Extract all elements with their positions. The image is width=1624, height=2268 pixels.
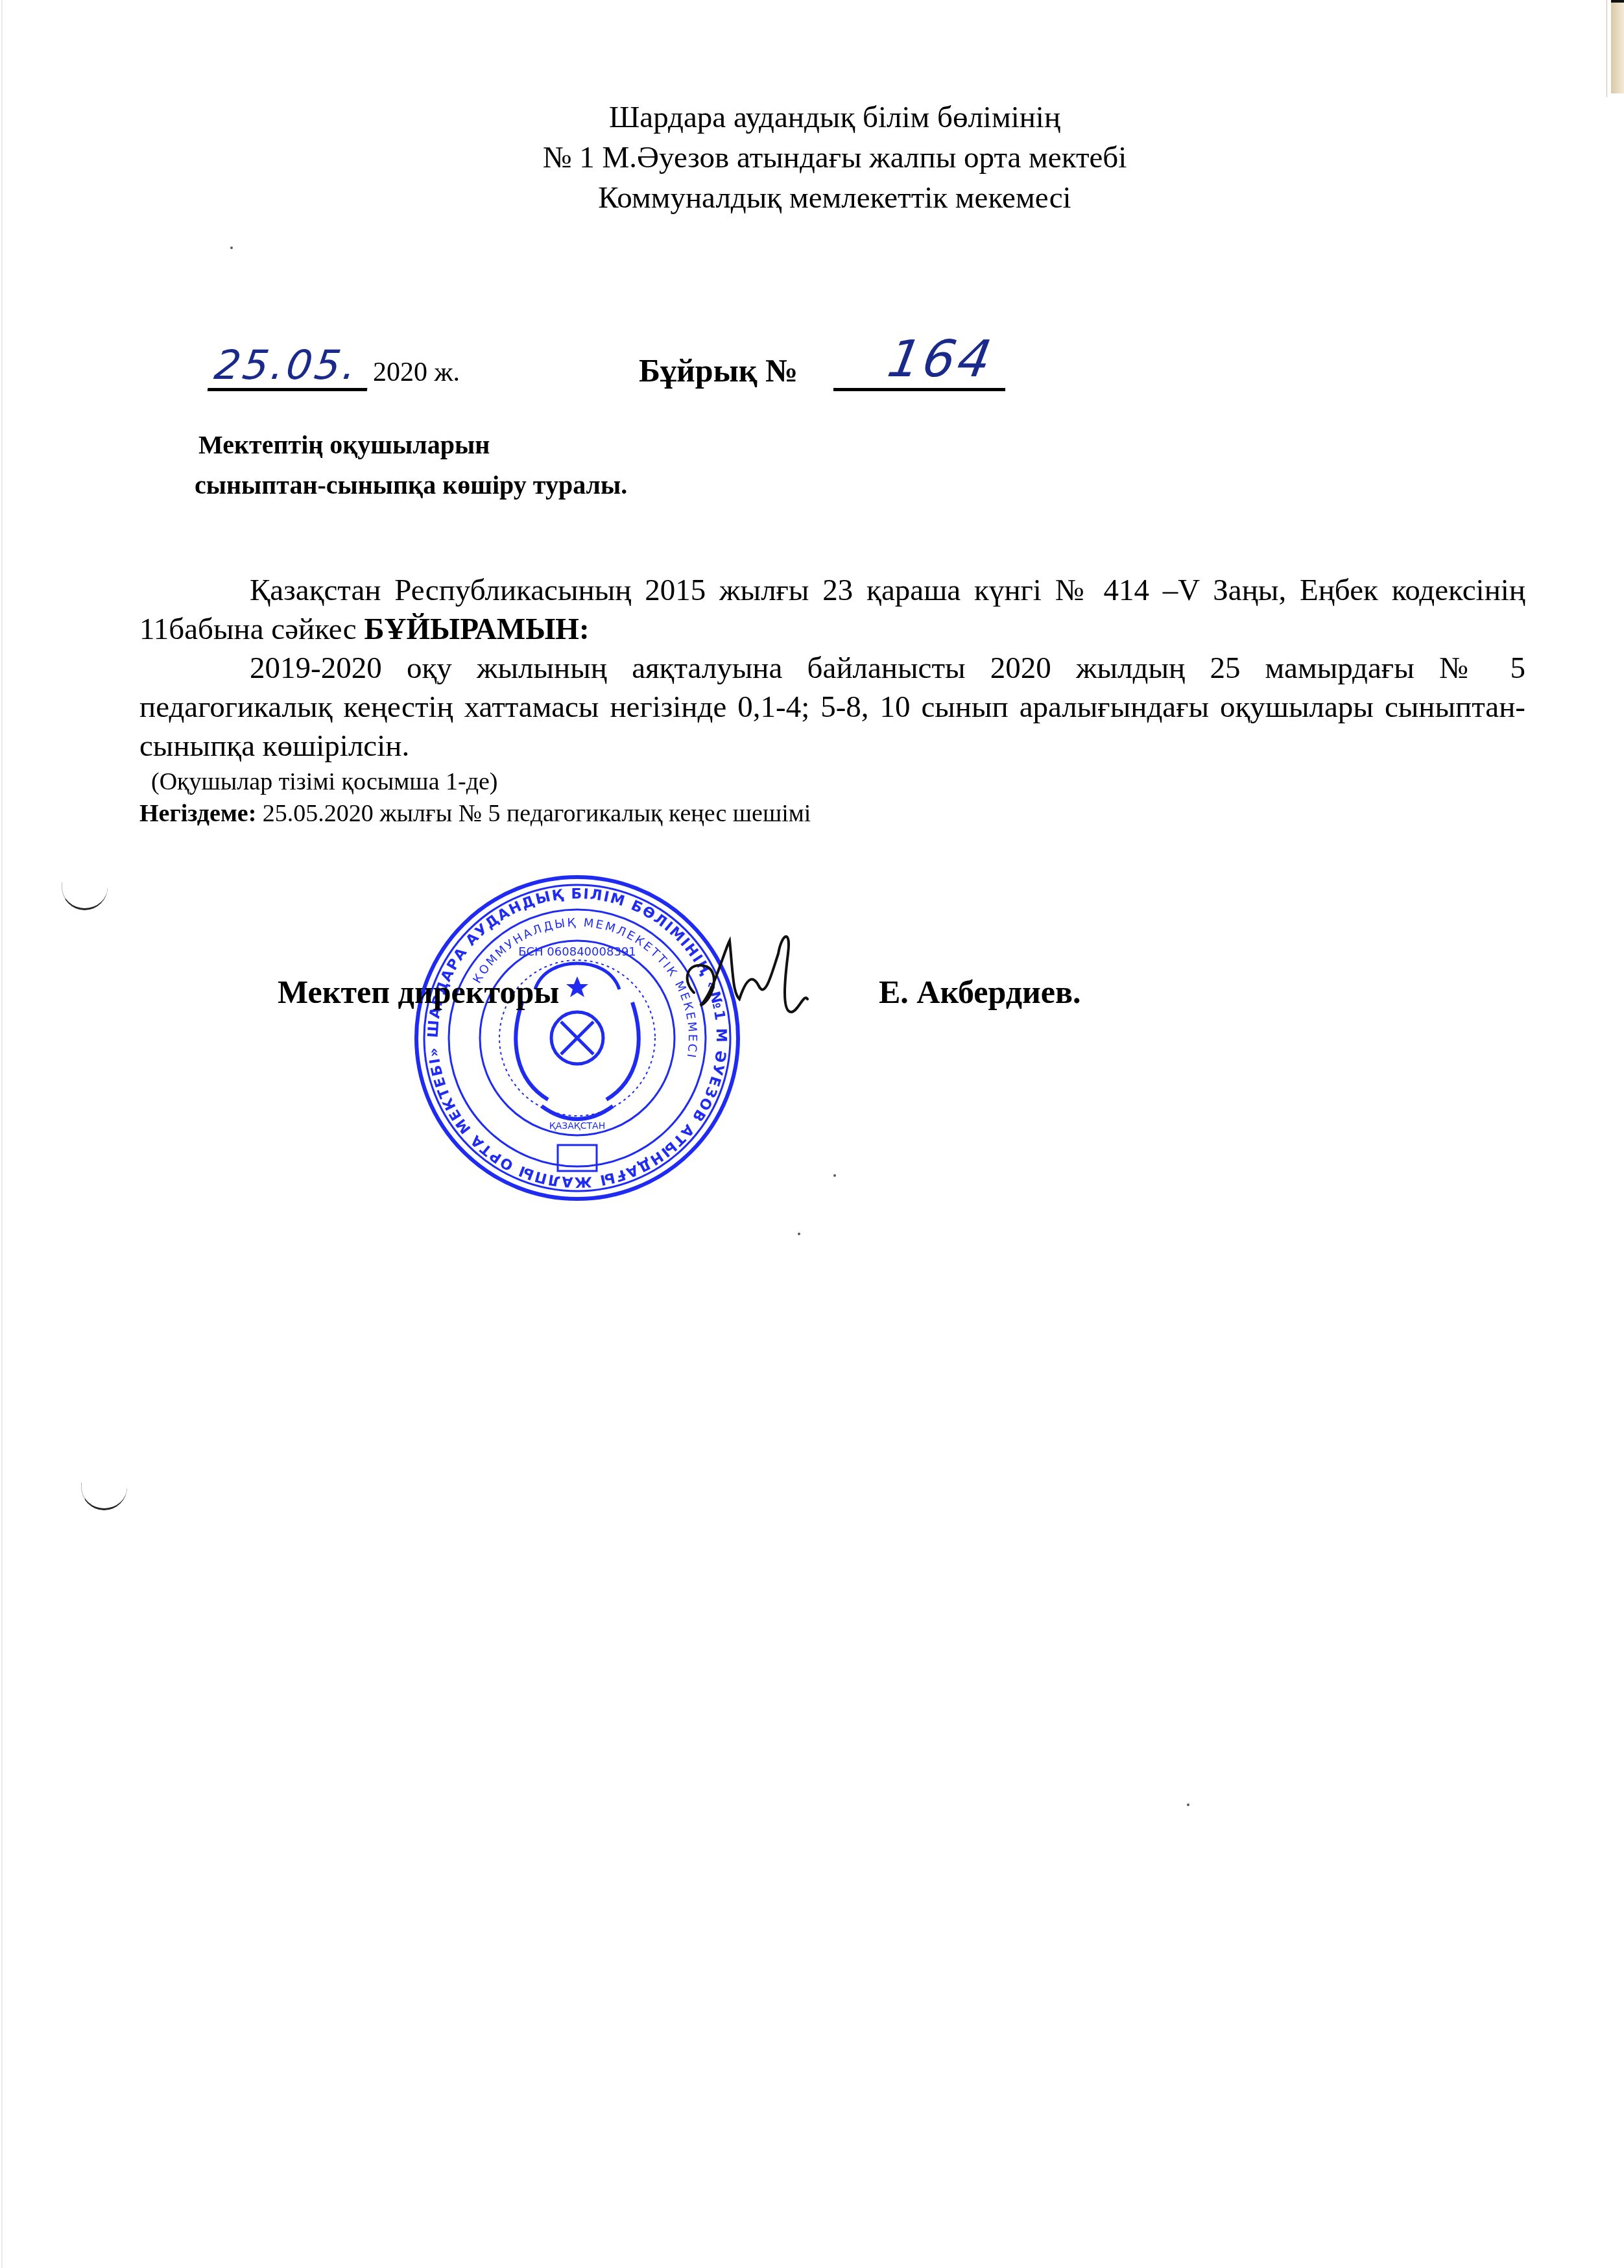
signatory-name: Е. Акбердиев. <box>879 973 1081 1011</box>
transfer-paragraph: 2019-2020 оқу жылының аяқталуына байланы… <box>139 649 1525 766</box>
handwritten-date: 25.05. <box>208 343 374 391</box>
scan-speck <box>1187 1804 1189 1806</box>
organization-header: Шардара аудандық білім бөлімінің № 1 М.Ә… <box>0 97 1624 218</box>
scan-speck <box>833 1174 836 1177</box>
scan-edge-corner <box>1611 0 1624 93</box>
scan-speck <box>230 247 233 249</box>
order-meta-row: 25.05. 2020 ж. Бұйрық № 164 <box>0 337 1624 396</box>
order-directive: БҰЙЫРАМЫН: <box>364 612 589 646</box>
header-line-3: Коммуналдық мемлекеттік мекемесі <box>45 178 1624 218</box>
subject-line-1: Мектептің оқушыларын <box>195 425 627 465</box>
order-year: 2020 ж. <box>373 357 460 388</box>
order-label: Бұйрық № <box>639 352 798 389</box>
scan-edge-line <box>1606 0 1607 97</box>
stamp-emblem-caption: ҚАЗАҚСТАН <box>549 1121 605 1131</box>
legal-basis-text: Қазақстан Республикасының 2015 жылғы 23 … <box>139 573 1525 646</box>
header-line-1: Шардара аудандық білім бөлімінің <box>45 97 1624 138</box>
handwritten-order-number: 164 <box>884 333 997 385</box>
basis-label: Негіздеме: <box>139 800 256 827</box>
attachment-note: (Оқушылар тізімі қосымша 1-де) <box>139 766 1525 798</box>
order-body: Қазақстан Республикасының 2015 жылғы 23 … <box>139 571 1525 829</box>
stamp-bin: БСН 060840008391 <box>518 945 636 959</box>
signature-row: Мектеп директоры Е. Акбердиев. <box>0 967 1624 1019</box>
handwritten-signature <box>668 915 830 1025</box>
punch-hole-mark <box>62 882 108 910</box>
legal-basis-paragraph: Қазақстан Республикасының 2015 жылғы 23 … <box>139 571 1525 649</box>
scanned-document-page: Шардара аудандық білім бөлімінің № 1 М.Ә… <box>0 0 1624 2268</box>
scan-speck <box>798 1233 800 1235</box>
basis-line: Негіздеме: 25.05.2020 жылғы № 5 педагоги… <box>139 798 1525 829</box>
signatory-title: Мектеп директоры <box>278 973 559 1011</box>
subject-line-2: сыныптан-сыныпқа көшіру туралы. <box>195 465 627 505</box>
header-line-2: № 1 М.Әуезов атындағы жалпы орта мектебі <box>45 138 1624 178</box>
basis-text: 25.05.2020 жылғы № 5 педагогикалық кеңес… <box>256 800 811 827</box>
punch-hole-mark <box>81 1482 127 1510</box>
order-subject: Мектептің оқушыларын сыныптан-сыныпқа кө… <box>195 425 627 505</box>
